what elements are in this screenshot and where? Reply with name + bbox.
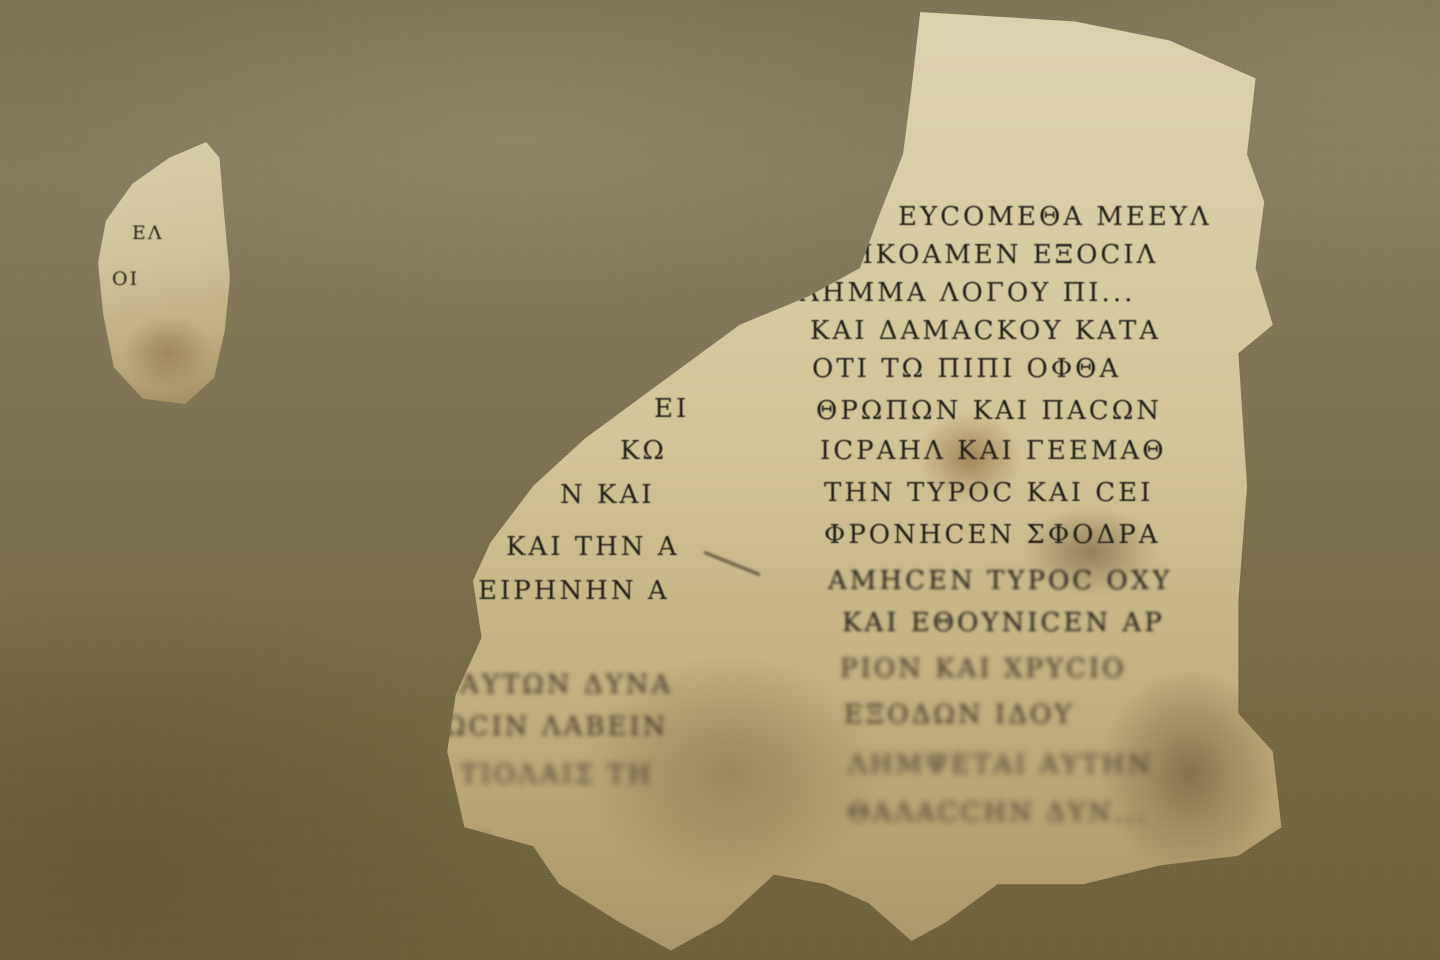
fragment-text-line: ΟΙ xyxy=(112,268,139,290)
manuscript-line: ΟΤΙ ΤΩ ΠΙΠΙ ΟΦΘΑ xyxy=(812,354,1121,384)
manuscript-line: ΑΥΤΩΝ ΔΥΝΑ xyxy=(460,670,673,700)
manuscript-line: ΘΑΛΑCCΗΝ ΔΥΝ... xyxy=(848,798,1148,828)
manuscript-line: ΛΗΜΜΑ ΛΟΓΟΥ ΠΙ... xyxy=(800,278,1135,308)
manuscript-line: ΕΙΡΗΝΗΝ Α xyxy=(478,576,670,606)
manuscript-line: ΕΙ xyxy=(654,394,689,424)
manuscript-line: ΚΩ xyxy=(620,436,667,466)
small-manuscript-fragment: ΕΛ ΟΙ xyxy=(98,142,230,404)
manuscript-line: ΑΜΗCΕΝ ΤΥΡΟC ΟΧΥ xyxy=(828,566,1172,596)
manuscript-line: ΤΙΟΛΑΙΣ ΤΗ xyxy=(460,760,653,790)
manuscript-line: ΡΙΟΝ ΚΑΙ ΧΡΥCΙΟ xyxy=(840,654,1126,684)
fragment-text-line: ΕΛ xyxy=(132,222,164,244)
manuscript-line: ΛΗΜΨΕΤΑΙ ΑΥΤΗΝ xyxy=(848,750,1153,780)
manuscript-line: ΚΑΙ ΕΘΟΥΝΙCΕΝ ΑΡ xyxy=(842,608,1165,638)
manuscript-line: ... xyxy=(460,812,494,842)
main-manuscript-fragment: ΕΥCΟΜΕΘΑ ΜΕΕΥΛ ΗΚΟΑΜΕΝ ΕΞΟCΙΛ ΛΗΜΜΑ ΛΟΓΟ… xyxy=(430,12,1290,960)
manuscript-line: ΕΞΟΔΩΝ ΙΔΟΥ xyxy=(844,700,1074,730)
manuscript-line: ΚΑΙ ΔΑΜΑCΚΟΥ ΚΑΤΑ xyxy=(810,316,1161,346)
manuscript-line: ΘΡΩΠΩΝ ΚΑΙ ΠΑCΩΝ xyxy=(816,396,1162,426)
manuscript-line: ΕΥCΟΜΕΘΑ ΜΕΕΥΛ xyxy=(898,202,1212,232)
manuscript-line: ΙCΡΑΗΛ ΚΑΙ ΓΕΕΜΑΘ xyxy=(820,436,1167,466)
tear-line xyxy=(704,551,761,576)
manuscript-line: ΗΚΟΑΜΕΝ ΕΞΟCΙΛ xyxy=(850,240,1158,270)
manuscript-line: Ν ΚΑΙ xyxy=(560,480,655,510)
manuscript-line: ΤΗΝ ΤΥΡΟC ΚΑΙ CΕΙ xyxy=(824,478,1153,508)
manuscript-line: ΦΡΟΝΗCΕΝ ΣΦΟΔΡΑ xyxy=(824,520,1161,550)
manuscript-line: ΩCΙΝ ΛΑΒΕΙΝ xyxy=(444,712,668,742)
manuscript-line: ΚΑΙ ΤΗΝ Α xyxy=(506,532,680,562)
